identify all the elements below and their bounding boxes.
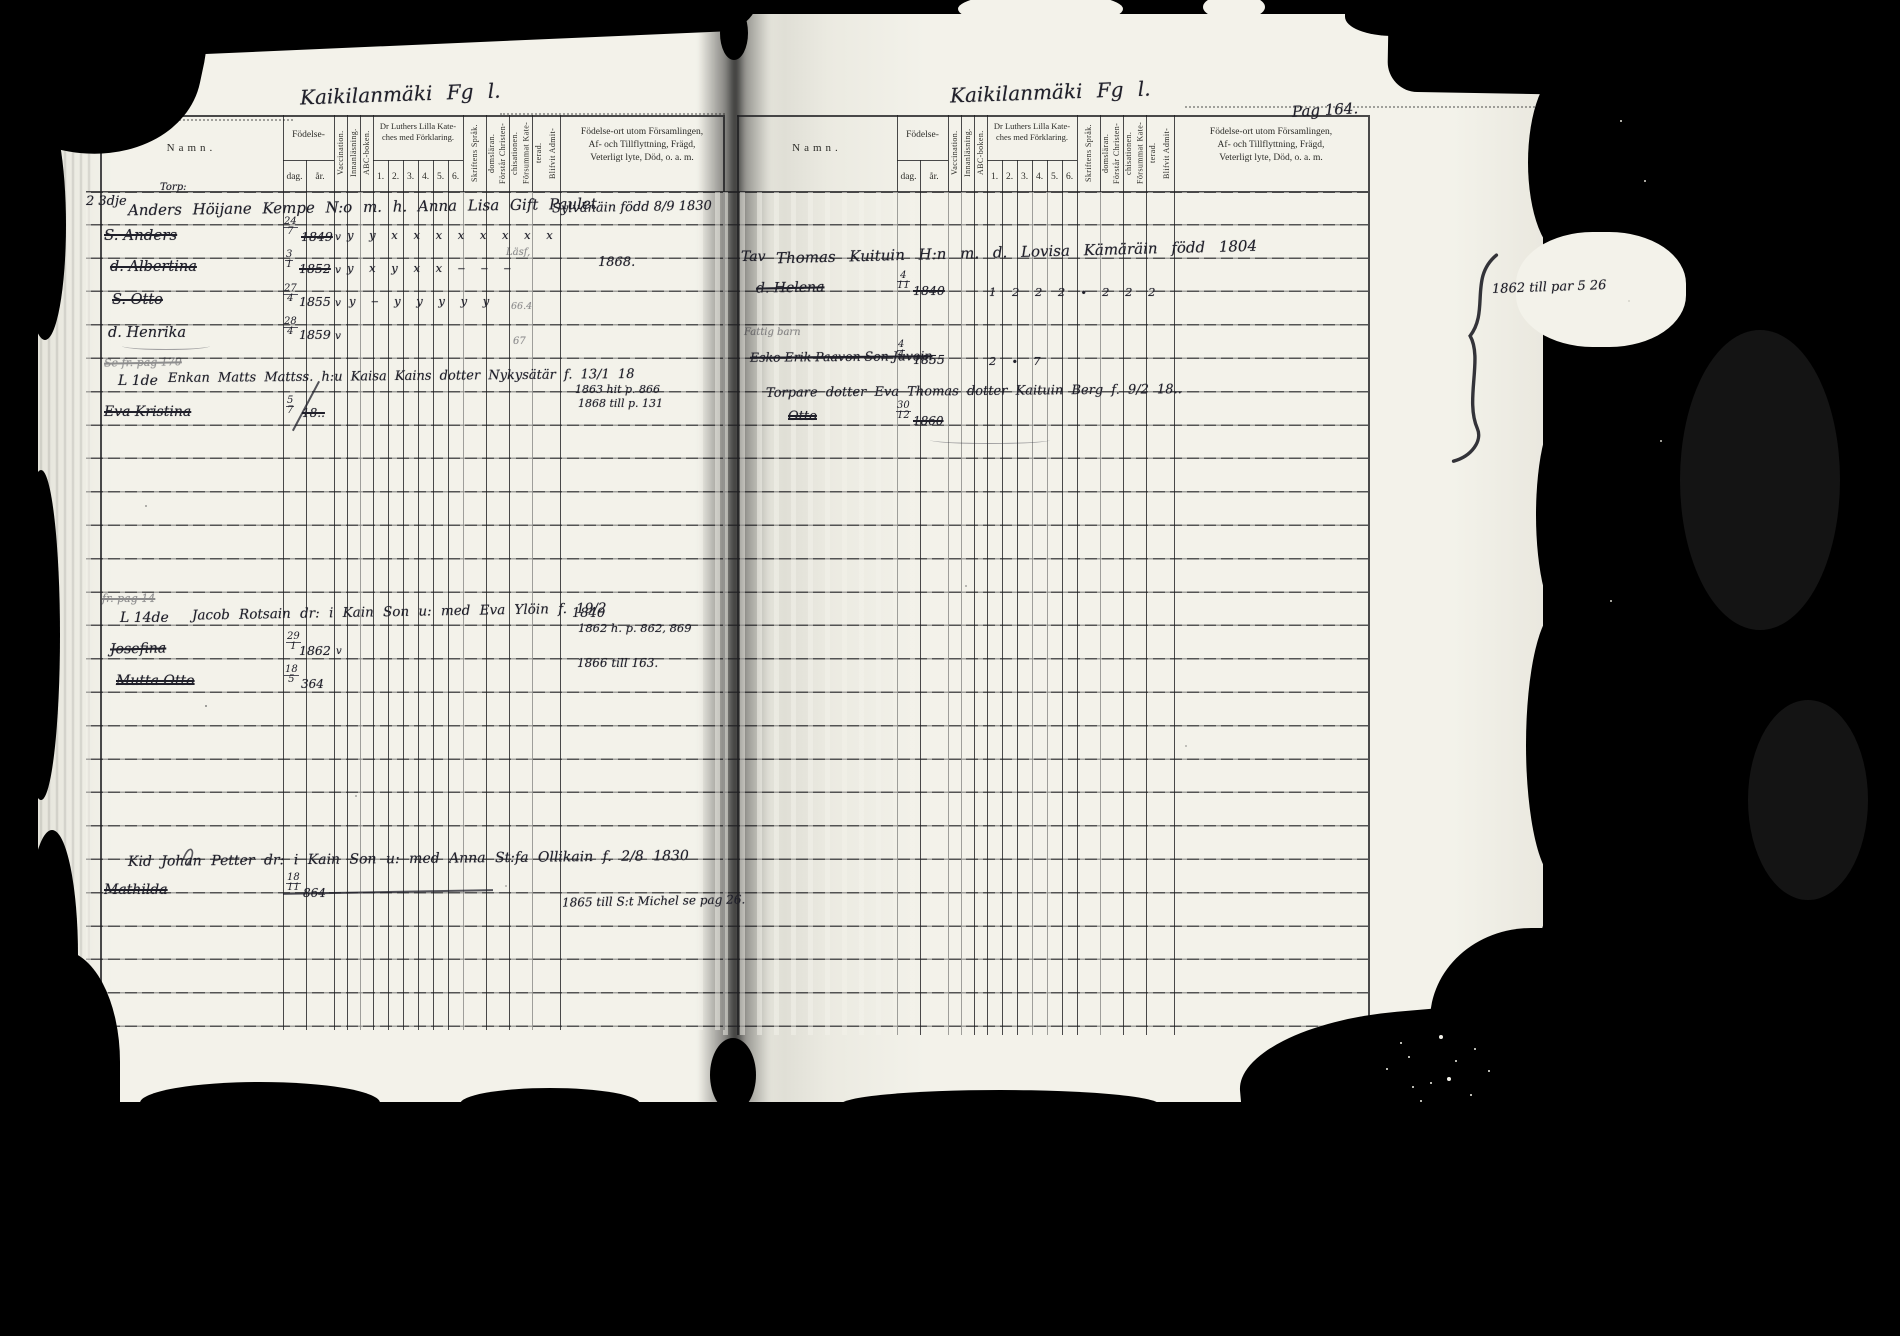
entry-name: Eva Kristina (104, 404, 191, 420)
col-header-notes-2: Af- och Tillflyttning, Frägd, (1176, 140, 1366, 150)
birth-year: 1862 (299, 643, 331, 658)
col-header-notes-3: Veterligt lyte, Död, o. a. m. (562, 153, 722, 163)
col-header-admitterad-1: Blifvit Admit- (1160, 116, 1173, 190)
migration-note: 1866 till 163. (577, 656, 658, 670)
crossed-reference: fr. pag 14 (102, 592, 155, 605)
katekes-col-6: 6. (448, 172, 463, 182)
table-grid-line (897, 160, 948, 161)
katekes-marks: y ‒ y y y y y (349, 294, 495, 308)
col-header-admitterad-2: terad. (532, 116, 545, 190)
katekes-marks: y y x x x x x x x x (347, 228, 559, 242)
col-header-katekes-1: Dr Luthers Lilla Kate- (373, 121, 463, 131)
col-header-innanlasning: Innanläsning. (961, 117, 974, 189)
col-header-ar: år. (306, 172, 334, 182)
col-header-notes-1: Födelse-ort utom Församlingen, (562, 127, 722, 137)
katekes-col-4: 4. (418, 172, 433, 182)
col-header-notes-1: Födelse-ort utom Församlingen, (1176, 127, 1366, 137)
col-header-katekes-1: Dr Luthers Lilla Kate- (987, 121, 1077, 131)
table-grid-line (283, 160, 334, 161)
katekes-col-2: 2. (388, 172, 403, 182)
birth-year: 364 (301, 677, 324, 691)
katekes-marks: 2 ∙ 7 (989, 354, 1047, 368)
page-number-right: Pag 164. (1292, 99, 1359, 120)
table-grid-line (373, 160, 463, 161)
col-header-skriftens-sprak: Skriftens Språk. (463, 116, 486, 190)
birth-year: 1852 (299, 261, 331, 276)
col-header-forsummat-2: chisationen. (509, 116, 520, 190)
col-header-vaccination: Vaccination. (948, 117, 961, 189)
entry-name: S. Otto (112, 292, 163, 308)
illegible-note (930, 436, 1050, 444)
col-header-notes-3: Veterligt lyte, Död, o. a. m. (1176, 153, 1366, 163)
torn-edge (1536, 410, 1590, 620)
col-header-forstar-2: domsläran. (1100, 116, 1111, 190)
col-header-forsummat-2: chisationen. (1123, 116, 1134, 190)
entry-name: d. Albertina (110, 259, 197, 275)
col-header-forstar-2: domsläran. (486, 116, 497, 190)
table-grid-line (100, 115, 723, 117)
gutter-shadow-blob (720, 6, 748, 60)
table-grid-line (737, 115, 1368, 117)
entry-name: d. Henrika (108, 325, 186, 341)
migration-note: 1840 (572, 606, 605, 621)
birth-day: 57 (286, 397, 294, 415)
col-header-ar: år. (920, 172, 948, 182)
torn-edge (22, 470, 60, 800)
birth-year: 1840 (913, 283, 945, 298)
torn-edge (840, 1090, 1160, 1120)
scan-blotch (1748, 700, 1868, 900)
entry-name: Fattig barn (744, 327, 801, 338)
katekes-marks: 1 2 2 2 ∙ 2 2 2 (989, 285, 1161, 299)
scan-speck (205, 705, 207, 707)
katekes-col-2: 2. (1002, 172, 1017, 182)
family-head-note: Sylvänäin född 8/9 1830 (552, 199, 712, 217)
torn-edge (460, 1088, 640, 1120)
col-header-katekes-2: ches med Förklaring. (373, 132, 463, 142)
scanned-parish-register: Pag 163. Kaikilanmäki Fg l. Namn. Födels… (0, 0, 1900, 1336)
katekes-marks: y x y x x ‒ ‒ ‒ (347, 261, 517, 275)
family-prefix: L 1de (118, 373, 158, 389)
scan-blotch (1680, 330, 1840, 630)
vaccination-mark: v (336, 646, 342, 657)
birth-year: 1855 (299, 294, 331, 309)
entry-name: Otto (788, 409, 817, 424)
col-header-abc-boken: ABC-boken. (974, 117, 987, 189)
margin-dotted-line (1185, 106, 1535, 108)
col-header-katekes-2: ches med Förklaring. (987, 132, 1077, 142)
col-header-dag: dag. (897, 172, 920, 182)
vaccination-mark: v (335, 297, 341, 309)
katekes-col-3: 3. (1017, 172, 1032, 182)
removal-note: 1868. (598, 255, 635, 270)
birth-day: 274 (283, 285, 298, 303)
katekes-col-1: 1. (373, 172, 388, 182)
col-header-fodelse: Födelse- (283, 130, 334, 140)
col-header-forstar-1: Förstår Christen- (497, 116, 508, 190)
birth-day: 44 (897, 341, 905, 359)
katekes-col-6: 6. (1062, 172, 1077, 182)
vaccination-mark: v (335, 264, 341, 276)
torn-edge (1534, 890, 1606, 1100)
birth-year: 1859 (299, 327, 331, 342)
illegible-note (122, 342, 210, 350)
migration-note: 1868 till p. 131 (578, 397, 663, 410)
torn-edge (140, 1082, 380, 1124)
katekes-col-1: 1. (987, 172, 1002, 182)
entry-name: d. Helena (756, 279, 825, 296)
katekes-col-3: 3. (403, 172, 418, 182)
birth-day: 31 (285, 251, 293, 269)
ink-flourish (180, 838, 202, 868)
col-header-innanlasning: Innanläsning. (347, 117, 360, 189)
scan-speck (1620, 120, 1622, 122)
migration-note: 1862 h. p. 862, 869 (578, 621, 692, 635)
col-header-vaccination: Vaccination. (334, 117, 347, 189)
vaccination-mark: v (335, 330, 341, 342)
gutter-shadow-blob (710, 1038, 756, 1112)
family-prefix: L 14de (120, 610, 169, 626)
table-grid-line (987, 160, 1077, 161)
birth-day: 1811 (286, 874, 301, 892)
col-header-dag: dag. (283, 172, 306, 182)
birth-year: 1855 (913, 352, 945, 367)
col-header-notes-2: Af- och Tillflyttning, Frägd, (562, 140, 722, 150)
torn-edge (1560, 0, 1900, 1336)
table-grid-line (723, 192, 1368, 1035)
torn-edge (24, 110, 66, 340)
col-header-namn: Namn. (737, 142, 897, 154)
entry-name: Mathilda (104, 882, 168, 898)
col-header-skriftens-sprak: Skriftens Språk. (1077, 116, 1100, 190)
family-label: Torp: (160, 182, 186, 193)
torn-edge (1526, 610, 1590, 880)
family-prefix: Tav (741, 249, 766, 265)
entry-name: S. Anders (104, 226, 177, 244)
row-margin-number: 2 3dje (86, 194, 127, 209)
entry-name: Josefina (110, 641, 166, 658)
side-note: 67 (513, 336, 526, 347)
col-header-forstar-1: Förstår Christen- (1111, 116, 1122, 190)
katekes-col-5: 5. (433, 172, 448, 182)
torn-edge (1345, 0, 1465, 36)
birth-day: 247 (283, 218, 298, 236)
col-header-fodelse: Födelse- (897, 130, 948, 140)
crossed-reference: Se fr. pag 170 (104, 355, 182, 369)
col-header-admitterad-1: Blifvit Admit- (546, 116, 559, 190)
col-header-forsummat-1: Försummat Kate- (520, 116, 532, 190)
birth-day: 411 (897, 272, 910, 290)
col-header-forsummat-1: Försummat Kate- (1134, 116, 1146, 190)
birth-day: 284 (283, 318, 298, 336)
margin-dotted-line (500, 113, 725, 115)
birth-year: 1860 (913, 414, 944, 428)
vaccination-mark: v (335, 231, 341, 243)
birth-day: 3012 (896, 402, 911, 420)
birth-year: 1849 (301, 229, 333, 244)
side-note: 66.4 (511, 301, 532, 312)
torn-edge (1528, 70, 1600, 255)
migration-note: 1863 hit p. 866 (575, 383, 660, 396)
katekes-col-4: 4. (1032, 172, 1047, 182)
scan-speck (1400, 1042, 1402, 1044)
entry-name: Mutta Otto (116, 673, 195, 689)
col-header-admitterad-2: terad. (1146, 116, 1159, 190)
side-note: Läsf, (506, 247, 530, 258)
katekes-col-5: 5. (1047, 172, 1062, 182)
birth-day: 185 (284, 666, 299, 684)
col-header-abc-boken: ABC-boken. (360, 117, 373, 189)
table-grid-line (1368, 115, 1370, 1035)
